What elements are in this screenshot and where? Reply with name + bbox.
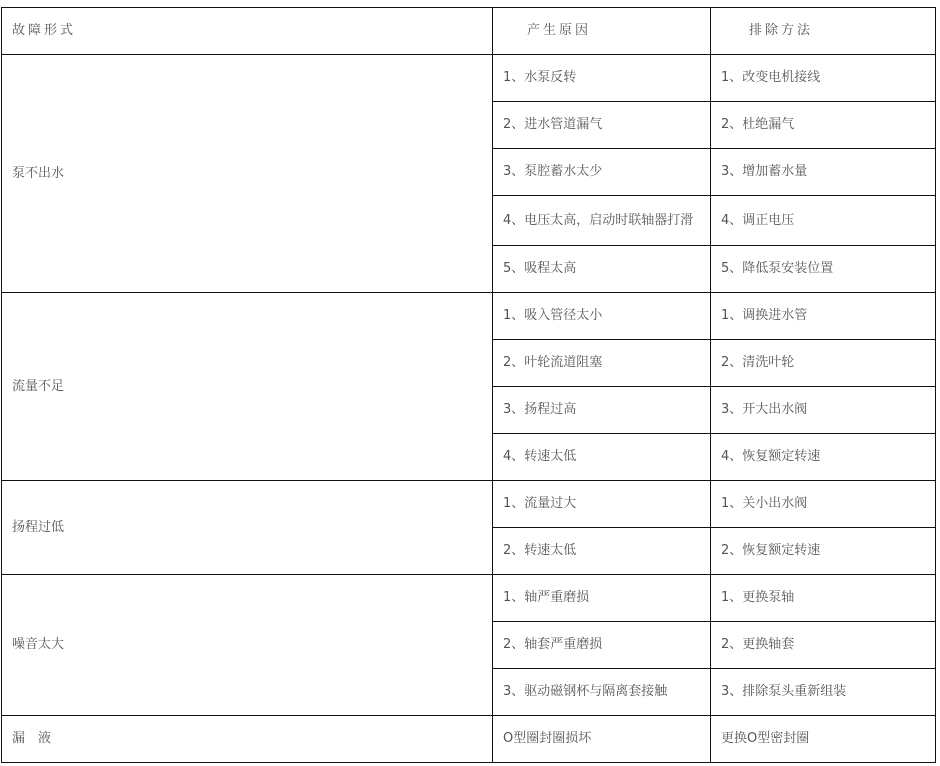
remedy-cell: 更换O型密封圈 — [711, 716, 936, 763]
fault-cell: 扬程过低 — [2, 481, 493, 575]
remedy-cell: 5、降低泵安装位置 — [711, 246, 936, 293]
table-row: 噪音太大 1、轴严重磨损 1、更换泵轴 — [2, 575, 936, 622]
cause-cell: 2、进水管道漏气 — [493, 102, 711, 149]
remedy-cell: 1、更换泵轴 — [711, 575, 936, 622]
cause-cell: 3、扬程过高 — [493, 387, 711, 434]
cause-cell: 1、水泵反转 — [493, 55, 711, 102]
cause-cell: 4、电压太高，启动时联轴器打滑 — [493, 196, 711, 246]
remedy-cell: 1、调换进水管 — [711, 293, 936, 340]
fault-cell: 泵不出水 — [2, 55, 493, 293]
table-row: 泵不出水 1、水泵反转 1、改变电机接线 — [2, 55, 936, 102]
remedy-cell: 4、调正电压 — [711, 196, 936, 246]
remedy-cell: 2、更换轴套 — [711, 622, 936, 669]
remedy-cell: 2、杜绝漏气 — [711, 102, 936, 149]
cause-cell: 2、轴套严重磨损 — [493, 622, 711, 669]
table-row: 扬程过低 1、流量过大 1、关小出水阀 — [2, 481, 936, 528]
cause-cell: 2、叶轮流道阻塞 — [493, 340, 711, 387]
cause-cell: 1、吸入管径太小 — [493, 293, 711, 340]
fault-cell: 漏 液 — [2, 716, 493, 763]
remedy-cell: 2、恢复额定转速 — [711, 528, 936, 575]
cause-cell: 1、轴严重磨损 — [493, 575, 711, 622]
remedy-cell: 4、恢复额定转速 — [711, 434, 936, 481]
cause-cell: 3、驱动磁钢杯与隔离套接触 — [493, 669, 711, 716]
fault-cell: 流量不足 — [2, 293, 493, 481]
cause-cell: O型圈封圈损坏 — [493, 716, 711, 763]
remedy-cell: 1、关小出水阀 — [711, 481, 936, 528]
table-row: 流量不足 1、吸入管径太小 1、调换进水管 — [2, 293, 936, 340]
remedy-cell: 2、清洗叶轮 — [711, 340, 936, 387]
cause-cell: 5、吸程太高 — [493, 246, 711, 293]
remedy-cell: 3、增加蓄水量 — [711, 149, 936, 196]
remedy-cell: 3、排除泵头重新组装 — [711, 669, 936, 716]
troubleshooting-table: 故障形式 产生原因 排除方法 泵不出水 1、水泵反转 1、改变电机接线 2、进水… — [1, 7, 936, 763]
cause-cell: 4、转速太低 — [493, 434, 711, 481]
table-row: 漏 液 O型圈封圈损坏 更换O型密封圈 — [2, 716, 936, 763]
header-cause: 产生原因 — [493, 8, 711, 55]
cause-cell: 1、流量过大 — [493, 481, 711, 528]
header-remedy: 排除方法 — [711, 8, 936, 55]
fault-cell: 噪音太大 — [2, 575, 493, 716]
cause-cell: 3、泵腔蓄水太少 — [493, 149, 711, 196]
header-fault: 故障形式 — [2, 8, 493, 55]
remedy-cell: 3、开大出水阀 — [711, 387, 936, 434]
remedy-cell: 1、改变电机接线 — [711, 55, 936, 102]
cause-cell: 2、转速太低 — [493, 528, 711, 575]
header-row: 故障形式 产生原因 排除方法 — [2, 8, 936, 55]
